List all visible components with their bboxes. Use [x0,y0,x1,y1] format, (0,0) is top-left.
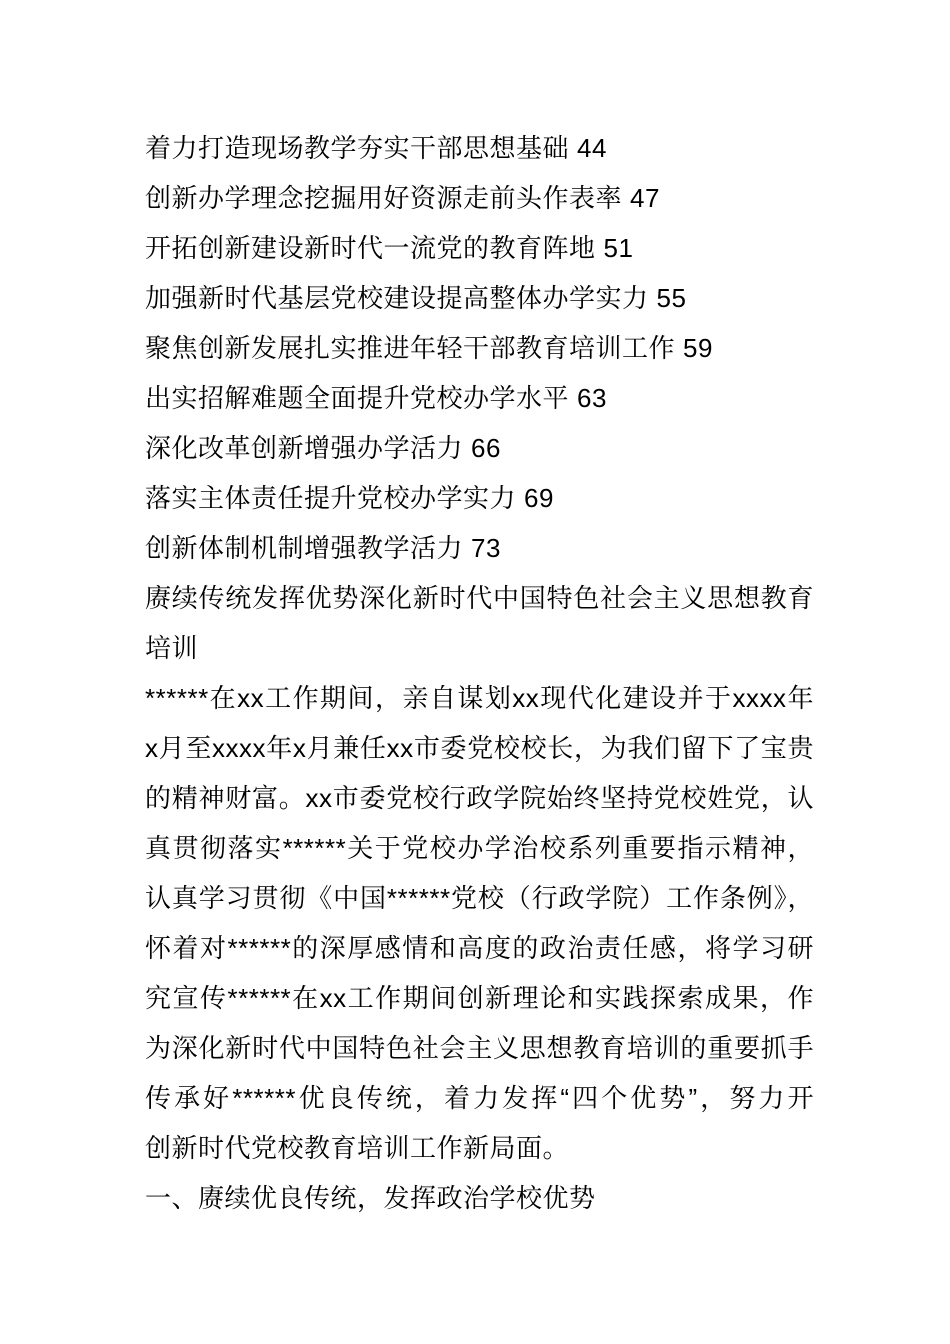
toc-entry-title: 深化改革创新增强办学活力 [145,433,463,463]
body-line: x月至xxxx年x月兼任xx市委党校校长，为我们留下了宝贵 [145,723,814,773]
toc-entry-title: 创新体制机制增强教学活力 [145,533,463,563]
toc-entry-page: 55 [657,283,687,313]
toc-entry-title: 创新办学理念挖掘用好资源走前头作表率 [145,183,622,213]
toc-entry: 创新体制机制增强教学活力73 [145,523,825,573]
document-page: 着力打造现场教学夯实干部思想基础44 创新办学理念挖掘用好资源走前头作表率47 … [0,0,950,1344]
article-title-line: 赓续传统发挥优势深化新时代中国特色社会主义思想教育 [145,573,814,623]
body-line: 怀着对******的深厚感情和高度的政治责任感，将学习研 [145,923,814,973]
toc-entry-page: 69 [524,483,554,513]
toc-entry: 落实主体责任提升党校办学实力69 [145,473,825,523]
toc-entry-title: 落实主体责任提升党校办学实力 [145,483,516,513]
toc-entry: 出实招解难题全面提升党校办学水平63 [145,373,825,423]
body-line: 创新时代党校教育培训工作新局面。 [145,1123,825,1173]
toc-entry: 创新办学理念挖掘用好资源走前头作表率47 [145,173,825,223]
toc-entry: 聚焦创新发展扎实推进年轻干部教育培训工作59 [145,323,825,373]
body-line: 真贯彻落实******关于党校办学治校系列重要指示精神， [145,823,814,873]
toc-entry-page: 44 [577,133,607,163]
toc-entry-page: 51 [604,233,634,263]
toc-entry-page: 63 [577,383,607,413]
toc-entry-page: 66 [471,433,501,463]
toc-entry-title: 聚焦创新发展扎实推进年轻干部教育培训工作 [145,333,675,363]
body-line: 的精神财富。xx市委党校行政学院始终坚持党校姓党，认 [145,773,814,823]
toc-entry: 开拓创新建设新时代一流党的教育阵地51 [145,223,825,273]
toc-entry-title: 出实招解难题全面提升党校办学水平 [145,383,569,413]
toc-entry-title: 着力打造现场教学夯实干部思想基础 [145,133,569,163]
body-line: 传承好******优良传统，着力发挥“四个优势”，努力开 [145,1073,814,1123]
toc-entry-title: 加强新时代基层党校建设提高整体办学实力 [145,283,649,313]
toc-entry-page: 59 [683,333,713,363]
toc-entry-page: 47 [630,183,660,213]
body-line: ******在xx工作期间，亲自谋划xx现代化建设并于xxxx年 [145,673,814,723]
toc-entry-title: 开拓创新建设新时代一流党的教育阵地 [145,233,596,263]
body-line: 究宣传******在xx工作期间创新理论和实践探索成果，作 [145,973,814,1023]
toc-entry: 着力打造现场教学夯实干部思想基础44 [145,123,825,173]
article-title-line: 培训 [145,623,825,673]
toc-entry: 加强新时代基层党校建设提高整体办学实力55 [145,273,825,323]
toc-entry-page: 73 [471,533,501,563]
toc-entry: 深化改革创新增强办学活力66 [145,423,825,473]
body-line: 认真学习贯彻《中国******党校（行政学院）工作条例》， [145,873,814,923]
body-line: 为深化新时代中国特色社会主义思想教育培训的重要抓手 [145,1023,814,1073]
document-content: 着力打造现场教学夯实干部思想基础44 创新办学理念挖掘用好资源走前头作表率47 … [145,123,825,1223]
section-heading: 一、赓续优良传统，发挥政治学校优势 [145,1173,825,1223]
